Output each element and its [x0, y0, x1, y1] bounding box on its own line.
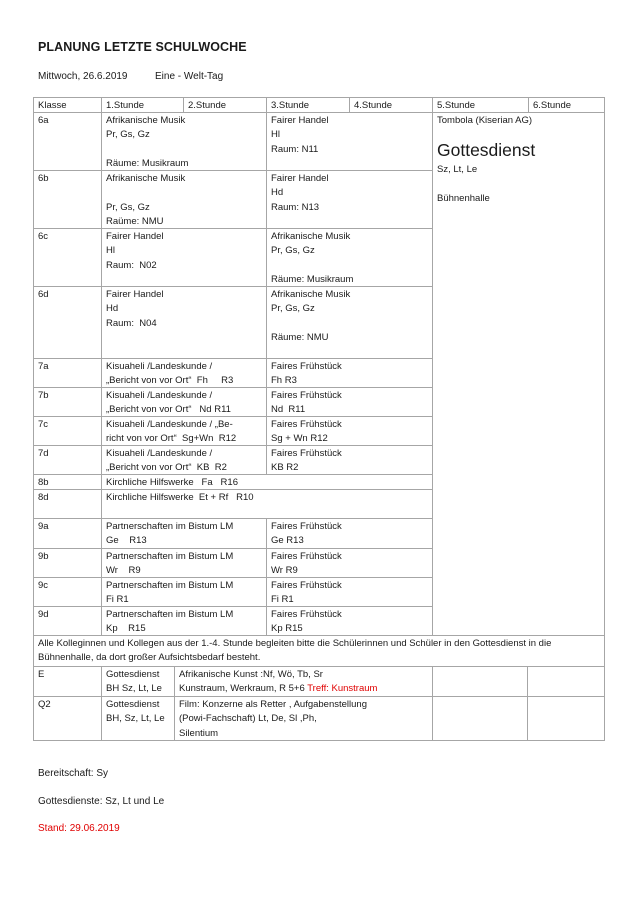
cell-line: Kirchliche Hilfswerke Fa R16 [106, 476, 428, 490]
lesson-cell-1-2: Partnerschaften im Bistum LMWr R9 [101, 548, 267, 578]
cell-line: Faires Frühstück [271, 520, 428, 534]
lesson-cell-1-2: Kisuaheli /Landeskunde /„Bericht von vor… [101, 387, 267, 417]
cell-line: Räume: Musikraum [106, 157, 262, 171]
column-header: 6.Stunde [528, 97, 605, 113]
page-title: PLANUNG LETZTE SCHULWOCHE [38, 40, 247, 54]
cell-line: Kisuaheli /Landeskunde / [106, 447, 262, 461]
cell-line: (Powi-Fachschaft) Lt, De, Sl ,Ph, [179, 712, 428, 726]
supervision-note: Alle Kolleginnen und Kollegen aus der 1.… [33, 635, 605, 667]
lesson-cell-3-4: Faires FrühstückSg + Wn R12 [266, 416, 433, 446]
empty-cell [432, 696, 528, 741]
column-header: 4.Stunde [349, 97, 433, 113]
cell-line: Partnerschaften im Bistum LM [106, 520, 262, 534]
cell-line: Partnerschaften im Bistum LM [106, 608, 262, 622]
cell-line: Kisuaheli /Landeskunde / [106, 389, 262, 403]
cell-line: Kp R15 [106, 622, 262, 636]
class-cell: 8b [33, 474, 102, 490]
bereitschaft-note: Bereitschaft: Sy [38, 768, 108, 779]
cell-line: BH, Sz, Lt, Le [106, 712, 170, 726]
cell-line: Hd [106, 302, 262, 316]
cell-line: Kunstraum, Werkraum, R 5+6 Treff: Kunstr… [179, 682, 428, 696]
class-cell: 9b [33, 548, 102, 578]
cell-line: 9c [38, 579, 97, 593]
cell-line: BH Sz, Lt, Le [106, 682, 170, 696]
lesson-cell-1-2: Afrikanische MusikPr, Gs, GzRäume: Musik… [101, 112, 267, 171]
cell-line: Faires Frühstück [271, 447, 428, 461]
cell-line: 7b [38, 389, 97, 403]
lesson-cell-3-4: Faires FrühstückKp R15 [266, 606, 433, 636]
cell-line: Pr, Gs, Gz [271, 302, 428, 316]
cell-line: Film: Konzerne als Retter , Aufgabenstel… [179, 698, 428, 712]
class-cell: 8d [33, 489, 102, 519]
column-header: 2.Stunde [183, 97, 267, 113]
cell-line: Fairer Handel [271, 172, 428, 186]
cell-line: Hd [271, 186, 428, 200]
lesson-cell-1-2: Afrikanische MusikPr, Gs, GzRaüme: NMU [101, 170, 267, 229]
cell-line: 7a [38, 360, 97, 374]
oberstufe-activity-cell: Afrikanische Kunst :Nf, Wö, Tb, SrKunstr… [174, 666, 433, 697]
oberstufe-service-cell: GottesdienstBH, Sz, Lt, Le [101, 696, 175, 741]
class-cell: 9d [33, 606, 102, 636]
cell-line: Partnerschaften im Bistum LM [106, 579, 262, 593]
cell-line [106, 186, 262, 200]
cell-line: Kisuaheli /Landeskunde / [106, 360, 262, 374]
cell-line: Wr R9 [106, 564, 262, 578]
cell-line: 9b [38, 550, 97, 564]
lesson-cell-3-4: Afrikanische MusikPr, Gs, GzRäume: NMU [266, 286, 433, 359]
cell-line: Fi R1 [106, 593, 262, 607]
gottesdienste-note: Gottesdienste: Sz, Lt und Le [38, 796, 164, 807]
cell-line: Pr, Gs, Gz [106, 201, 262, 215]
cell-line: richt von vor Ort“ Sg+Wn R12 [106, 432, 262, 446]
cell-line: Räume: NMU [271, 331, 428, 345]
empty-cell [527, 666, 605, 697]
spacer [437, 178, 600, 192]
tombola-label: Tombola (Kiserian AG) [437, 114, 600, 128]
cell-line: Raum: N13 [271, 201, 428, 215]
cell-line: Q2 [38, 698, 97, 712]
cell-line: Afrikanische Musik [271, 288, 428, 302]
cell-line: Raüme: NMU [106, 215, 262, 229]
lesson-cell-3-4: Faires FrühstückNd R11 [266, 387, 433, 417]
column-header: 3.Stunde [266, 97, 350, 113]
cell-line: Sg + Wn R12 [271, 432, 428, 446]
cell-line: Fairer Handel [106, 288, 262, 302]
lesson-cell-1-2: Partnerschaften im Bistum LMGe R13 [101, 518, 267, 549]
meeting-point-highlight: Treff: Kunstraum [307, 683, 377, 694]
cell-line [271, 259, 428, 273]
cell-line [106, 143, 262, 157]
lesson-cell-3-4: Afrikanische MusikPr, Gs, GzRäume: Musik… [266, 228, 433, 287]
class-cell: Q2 [33, 696, 102, 741]
class-cell: E [33, 666, 102, 697]
gottesdienst-heading: Gottesdienst [437, 139, 600, 161]
cell-line [271, 317, 428, 331]
cell-line: 6a [38, 114, 97, 128]
cell-line: E [38, 668, 97, 682]
cell-line: 8d [38, 491, 97, 505]
gottesdienst-teachers: Sz, Lt, Le [437, 163, 600, 177]
lesson-cell-3-4: Faires FrühstückKB R2 [266, 445, 433, 475]
cell-line: Fi R1 [271, 593, 428, 607]
lesson-cell-3-4: Fairer HandelHlRaum: N11 [266, 112, 433, 171]
cell-line: Pr, Gs, Gz [106, 128, 262, 142]
lesson-cell-3-4: Faires FrühstückFi R1 [266, 577, 433, 607]
cell-line: „Bericht von vor Ort“ Nd R11 [106, 403, 262, 417]
lesson-cell-1-2: Kisuaheli /Landeskunde /„Bericht von vor… [101, 358, 267, 388]
cell-line: Afrikanische Musik [106, 114, 262, 128]
class-cell: 9c [33, 577, 102, 607]
oberstufe-activity-cell: Film: Konzerne als Retter , Aufgabenstel… [174, 696, 433, 741]
cell-line: Raum: N04 [106, 317, 262, 331]
lesson-cell-1-4: Kirchliche Hilfswerke Fa R16 [101, 474, 433, 490]
lesson-cell-1-4: Kirchliche Hilfswerke Et + Rf R10 [101, 489, 433, 519]
lesson-cell-1-2: Kisuaheli /Landeskunde /„Bericht von vor… [101, 445, 267, 475]
cell-line: 9d [38, 608, 97, 622]
cell-line: Nd R11 [271, 403, 428, 417]
lesson-cell-3-4: Fairer HandelHdRaum: N13 [266, 170, 433, 229]
stand-date: Stand: 29.06.2019 [38, 823, 120, 834]
class-cell: 7d [33, 445, 102, 475]
cell-line: Silentium [179, 727, 428, 741]
cell-line: Raum: N11 [271, 143, 428, 157]
cell-line: Ge R13 [271, 534, 428, 548]
class-cell: 6d [33, 286, 102, 359]
cell-line: Pr, Gs, Gz [271, 244, 428, 258]
cell-line: Kisuaheli /Landeskunde / „Be- [106, 418, 262, 432]
cell-line: Fh R3 [271, 374, 428, 388]
cell-line: Afrikanische Kunst :Nf, Wö, Tb, Sr [179, 668, 428, 682]
oberstufe-service-cell: GottesdienstBH Sz, Lt, Le [101, 666, 175, 697]
cell-line: Faires Frühstück [271, 389, 428, 403]
cell-line: Gottesdienst [106, 668, 170, 682]
cell-line: Fairer Handel [106, 230, 262, 244]
cell-line: Wr R9 [271, 564, 428, 578]
lesson-cell-1-2: Partnerschaften im Bistum LMFi R1 [101, 577, 267, 607]
class-cell: 7b [33, 387, 102, 417]
cell-line: KB R2 [271, 461, 428, 475]
cell-line: Afrikanische Musik [271, 230, 428, 244]
lesson-cell-3-4: Faires FrühstückGe R13 [266, 518, 433, 549]
empty-cell [527, 696, 605, 741]
lesson-cell-1-2: Fairer HandelHdRaum: N04 [101, 286, 267, 359]
class-cell: 7a [33, 358, 102, 388]
cell-line: Kp R15 [271, 622, 428, 636]
cell-line: 8b [38, 476, 97, 490]
cell-line: Faires Frühstück [271, 550, 428, 564]
lesson-cell-3-4: Faires FrühstückFh R3 [266, 358, 433, 388]
theme-label: Eine - Welt-Tag [155, 71, 223, 82]
column-header: 5.Stunde [432, 97, 529, 113]
empty-cell [432, 666, 528, 697]
cell-line: Gottesdienst [106, 698, 170, 712]
class-cell: 6a [33, 112, 102, 171]
gottesdienst-block: Tombola (Kiserian AG)GottesdienstSz, Lt,… [432, 112, 605, 636]
cell-line: 6c [38, 230, 97, 244]
cell-line: Fairer Handel [271, 114, 428, 128]
cell-line: 6d [38, 288, 97, 302]
cell-line: Raum: N02 [106, 259, 262, 273]
cell-line: Räume: Musikraum [271, 273, 428, 287]
cell-line: Ge R13 [106, 534, 262, 548]
cell-line: Faires Frühstück [271, 579, 428, 593]
column-header: Klasse [33, 97, 102, 113]
cell-line: Hl [106, 244, 262, 258]
class-cell: 7c [33, 416, 102, 446]
lesson-cell-1-2: Partnerschaften im Bistum LMKp R15 [101, 606, 267, 636]
cell-line: Kirchliche Hilfswerke Et + Rf R10 [106, 491, 428, 505]
lesson-cell-1-2: Kisuaheli /Landeskunde / „Be-richt von v… [101, 416, 267, 446]
cell-line: Partnerschaften im Bistum LM [106, 550, 262, 564]
cell-line: Faires Frühstück [271, 360, 428, 374]
gottesdienst-location: Bühnenhalle [437, 192, 600, 206]
cell-line: „Bericht von vor Ort“ KB R2 [106, 461, 262, 475]
class-cell: 9a [33, 518, 102, 549]
date-label: Mittwoch, 26.6.2019 [38, 71, 128, 82]
class-cell: 6c [33, 228, 102, 287]
cell-line: Faires Frühstück [271, 418, 428, 432]
cell-line: Afrikanische Musik [106, 172, 262, 186]
column-header: 1.Stunde [101, 97, 184, 113]
lesson-cell-1-2: Fairer HandelHlRaum: N02 [101, 228, 267, 287]
class-cell: 6b [33, 170, 102, 229]
cell-line: 9a [38, 520, 97, 534]
cell-line: 7c [38, 418, 97, 432]
cell-line: „Bericht von vor Ort“ Fh R3 [106, 374, 262, 388]
cell-line: 6b [38, 172, 97, 186]
cell-line: Faires Frühstück [271, 608, 428, 622]
cell-line: 7d [38, 447, 97, 461]
lesson-cell-3-4: Faires FrühstückWr R9 [266, 548, 433, 578]
cell-line: Hl [271, 128, 428, 142]
